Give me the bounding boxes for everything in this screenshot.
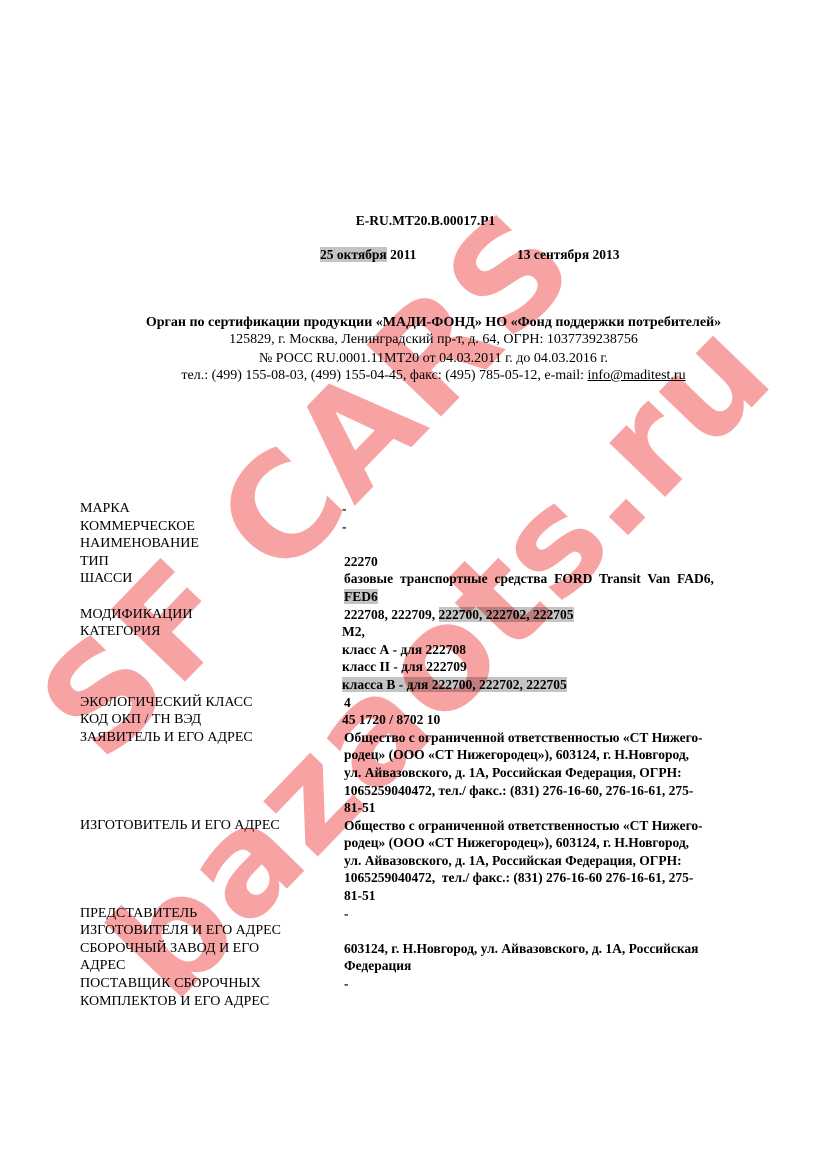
spec-value: 4 bbox=[342, 694, 764, 712]
spec-row-okp-code: КОД ОКП / ТН ВЭД 45 1720 / 8702 10 bbox=[80, 711, 770, 729]
spec-value-line: ул. Айвазовского, д. 1А, Российская Феде… bbox=[344, 764, 764, 782]
spec-value-line: базовые транспортные средства FORD Trans… bbox=[344, 570, 764, 588]
issuer-block: Орган по сертификации продукции «МАДИ-ФО… bbox=[0, 314, 827, 384]
spec-row-applicant: ЗАЯВИТЕЛЬ И ЕГО АДРЕС Общество с огранич… bbox=[80, 729, 770, 817]
spec-row-representative: ПРЕДСТАВИТЕЛЬ ИЗГОТОВИТЕЛЯ И ЕГО АДРЕС - bbox=[80, 905, 770, 940]
spec-row-manufacturer: ИЗГОТОВИТЕЛЬ И ЕГО АДРЕС Общество с огра… bbox=[80, 817, 770, 905]
spec-row-category: КАТЕГОРИЯ М2, класс А - для 222708 класс… bbox=[80, 623, 770, 693]
spec-value-line: ул. Айвазовского, д. 1А, Российская Феде… bbox=[344, 852, 764, 870]
spec-label: ПРЕДСТАВИТЕЛЬ ИЗГОТОВИТЕЛЯ И ЕГО АДРЕС bbox=[80, 905, 342, 940]
spec-label-line: ПОСТАВЩИК СБОРОЧНЫХ bbox=[80, 975, 342, 993]
spec-value-line: класс А - для 222708 bbox=[342, 641, 762, 659]
spec-value: базовые транспортные средства FORD Trans… bbox=[342, 570, 764, 605]
spec-value-line: FED6 bbox=[344, 588, 764, 606]
spec-value: 22270 bbox=[342, 553, 764, 571]
spec-value-line: 603124, г. Н.Новгород, ул. Айвазовского,… bbox=[344, 940, 764, 958]
spec-value-line: Общество с ограниченной ответственностью… bbox=[344, 817, 764, 835]
issuer-name: Орган по сертификации продукции «МАДИ-ФО… bbox=[40, 314, 827, 331]
issuer-contacts-text: тел.: (499) 155-08-03, (499) 155-04-45, … bbox=[181, 368, 587, 383]
spec-value: 222708, 222709, 222700, 222702, 222705 bbox=[342, 606, 764, 624]
spec-label: ПОСТАВЩИК СБОРОЧНЫХ КОМПЛЕКТОВ И ЕГО АДР… bbox=[80, 975, 342, 1010]
issuer-contacts: тел.: (499) 155-08-03, (499) 155-04-45, … bbox=[40, 367, 827, 384]
spec-label-line: СБОРОЧНЫЙ ЗАВОД И ЕГО bbox=[80, 940, 342, 958]
spec-value-line: 1065259040472, тел./ факс.: (831) 276-16… bbox=[344, 782, 764, 800]
issuer-accreditation: № РОСС RU.0001.11МТ20 от 04.03.2011 г. д… bbox=[40, 350, 827, 367]
chassis-highlighted: FED6 bbox=[344, 589, 378, 604]
spec-value-line: родец» (ООО «СТ Нижегородец»), 603124, г… bbox=[344, 746, 764, 764]
spec-row-brand: МАРКА - bbox=[80, 500, 770, 518]
spec-label: СБОРОЧНЫЙ ЗАВОД И ЕГО АДРЕС bbox=[80, 940, 342, 975]
certificate-number: E-RU.MT20.B.00017.P1 bbox=[0, 213, 827, 229]
spec-label: МАРКА bbox=[80, 500, 342, 518]
issue-date-year: 2011 bbox=[387, 247, 417, 262]
spec-value-line: 81-51 bbox=[344, 887, 764, 905]
spec-value: Общество с ограниченной ответственностью… bbox=[342, 817, 764, 905]
spec-label-line: АДРЕС bbox=[80, 957, 342, 975]
issuer-address: 125829, г. Москва, Ленинградский пр-т, д… bbox=[40, 331, 827, 348]
spec-value: 603124, г. Н.Новгород, ул. Айвазовского,… bbox=[342, 940, 764, 975]
spec-value: - bbox=[342, 500, 762, 518]
spec-value-line: 81-51 bbox=[344, 799, 764, 817]
spec-label: ТИП bbox=[80, 553, 342, 571]
spec-value-line: класс II - для 222709 bbox=[342, 658, 762, 676]
issue-date: 25 октября 2011 bbox=[320, 247, 416, 263]
spec-row-chassis: ШАССИ базовые транспортные средства FORD… bbox=[80, 570, 770, 605]
spec-value-line: 1065259040472, тел./ факс.: (831) 276-16… bbox=[344, 869, 764, 887]
spec-value-line: Общество с ограниченной ответственностью… bbox=[344, 729, 764, 747]
spec-label-line: КОММЕРЧЕСКОЕ bbox=[80, 518, 342, 536]
issue-date-highlighted: 25 октября bbox=[320, 247, 387, 262]
spec-label: ЗАЯВИТЕЛЬ И ЕГО АДРЕС bbox=[80, 729, 342, 817]
spec-row-assembly-plant: СБОРОЧНЫЙ ЗАВОД И ЕГО АДРЕС 603124, г. Н… bbox=[80, 940, 770, 975]
spec-label: ЭКОЛОГИЧЕСКИЙ КЛАСС bbox=[80, 694, 342, 712]
spec-value: Общество с ограниченной ответственностью… bbox=[342, 729, 764, 817]
spec-value-line: М2, bbox=[342, 623, 762, 641]
modifications-highlighted: 222700, 222702, 222705 bbox=[439, 607, 574, 622]
spec-value: - bbox=[342, 518, 762, 553]
spec-row-kit-supplier: ПОСТАВЩИК СБОРОЧНЫХ КОМПЛЕКТОВ И ЕГО АДР… bbox=[80, 975, 770, 1010]
spec-value: М2, класс А - для 222708 класс II - для … bbox=[342, 623, 762, 693]
modifications-plain: 222708, 222709, bbox=[344, 607, 439, 622]
expiry-date: 13 сентября 2013 bbox=[517, 247, 620, 263]
document-page: E-RU.MT20.B.00017.P1 25 октября 2011 13 … bbox=[0, 0, 827, 1170]
spec-row-trade-name: КОММЕРЧЕСКОЕ НАИМЕНОВАНИЕ - bbox=[80, 518, 770, 553]
spec-value: - bbox=[342, 975, 764, 1010]
spec-label: КОД ОКП / ТН ВЭД bbox=[80, 711, 342, 729]
spec-label: МОДИФИКАЦИИ bbox=[80, 606, 342, 624]
issuer-email-link[interactable]: info@maditest.ru bbox=[588, 368, 686, 383]
spec-row-eco-class: ЭКОЛОГИЧЕСКИЙ КЛАСС 4 bbox=[80, 694, 770, 712]
spec-label-line: ПРЕДСТАВИТЕЛЬ bbox=[80, 905, 342, 923]
spec-label: ИЗГОТОВИТЕЛЬ И ЕГО АДРЕС bbox=[80, 817, 342, 905]
spec-label-line: КОМПЛЕКТОВ И ЕГО АДРЕС bbox=[80, 993, 342, 1011]
category-highlighted: класса В - для 222700, 222702, 222705 bbox=[342, 677, 567, 692]
spec-value-line: родец» (ООО «СТ Нижегородец»), 603124, г… bbox=[344, 834, 764, 852]
spec-value-line: Федерация bbox=[344, 957, 764, 975]
spec-table: МАРКА - КОММЕРЧЕСКОЕ НАИМЕНОВАНИЕ - ТИП … bbox=[80, 500, 770, 1010]
spec-label: ШАССИ bbox=[80, 570, 342, 605]
spec-value-line: класса В - для 222700, 222702, 222705 bbox=[342, 676, 762, 694]
spec-label-line: НАИМЕНОВАНИЕ bbox=[80, 535, 342, 553]
spec-value: - bbox=[342, 905, 764, 940]
spec-row-type: ТИП 22270 bbox=[80, 553, 770, 571]
spec-label: КАТЕГОРИЯ bbox=[80, 623, 342, 693]
spec-label: КОММЕРЧЕСКОЕ НАИМЕНОВАНИЕ bbox=[80, 518, 342, 553]
spec-row-modifications: МОДИФИКАЦИИ 222708, 222709, 222700, 2227… bbox=[80, 606, 770, 624]
spec-value: 45 1720 / 8702 10 bbox=[342, 711, 762, 729]
spec-label-line: ИЗГОТОВИТЕЛЯ И ЕГО АДРЕС bbox=[80, 922, 342, 940]
